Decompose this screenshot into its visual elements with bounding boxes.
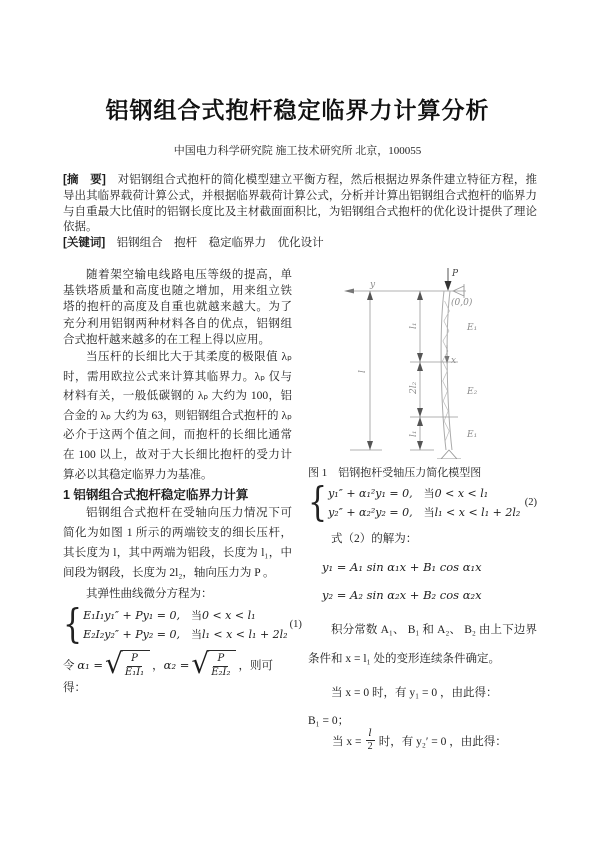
modulus-bottom-label: E₁	[466, 430, 477, 440]
origin-label: (0,0)	[451, 297, 473, 308]
keywords-text: 铝钢组合 抱杆 稳定临界力 优化设计	[117, 237, 324, 249]
modulus-top-label: E₁	[466, 323, 477, 333]
sqrt-alpha-1: √PE₁I₁	[105, 650, 150, 679]
fraction-l-over-2: l2	[366, 728, 375, 753]
constants-paragraph: 积分常数 A₁、 B₁ 和 A₂、 B₂ 由上下边界条件和 x = l₁ 处的变…	[308, 616, 537, 674]
dimension-mid-label: 2l₂	[409, 381, 419, 395]
axis-x-label: x	[451, 356, 456, 366]
solution-y1: y₁ = A₁ sin α₁x + B₁ cos α₁x	[308, 560, 537, 574]
equation-1-line-2: E₂I₂y₂″ + Py₂ = 0, 当l₁ < x < l₁ + 2l₂	[83, 626, 288, 642]
intro-paragraph: 随着架空输电线路电压等级的提高，单基铁塔质量和高度也随之增加，用来组立铁塔的抱杆…	[63, 267, 292, 348]
paper-page: 铝钢组合式抱杆稳定临界力计算分析 中国电力科学研究院 施工技术研究所 北京，10…	[0, 0, 595, 842]
two-column-body: 随着架空输电线路电压等级的提高，单基铁塔质量和高度也随之增加，用来组立铁塔的抱杆…	[63, 267, 537, 753]
boundary-condition-2: 当 x = l2 时，有 y₂′ = 0 ，由此得：	[308, 728, 537, 753]
left-brace: {	[63, 601, 82, 648]
abstract-text: 对铝钢组合式抱杆的简化模型建立平衡方程，然后根据边界条件建立特征方程，推导出其临…	[63, 174, 537, 233]
solution-intro: 式（2）的解为：	[308, 530, 537, 546]
force-label: P	[451, 269, 459, 279]
sqrt-alpha-2: √PE₂I₂	[191, 650, 236, 679]
solution-y2: y₂ = A₂ sin α₂x + B₂ cos α₂x	[308, 588, 537, 602]
dimension-bottom-label: l₁	[409, 431, 419, 438]
equation-2-number: (2)	[525, 497, 537, 508]
paper-affiliation: 中国电力科学研究院 施工技术研究所 北京，100055	[0, 142, 595, 158]
modulus-mid-label: E₂	[466, 387, 478, 397]
figure-1: P y (0,0) x	[308, 267, 537, 480]
equation-2-line-1: y₁″ + α₁²y₁ = 0, 当0 < x < l₁	[328, 485, 523, 501]
alpha-definition-line: 令 α₁ = √PE₁I₁ ， α₂ = √PE₂I₂ ，则可	[63, 650, 292, 679]
right-column: P y (0,0) x	[308, 267, 537, 753]
dimension-total-label: l	[358, 370, 368, 373]
figure-1-drawing: P y (0,0) x	[320, 267, 526, 459]
figure-1-caption: 图 1 铝钢抱杆受轴压力简化模型图	[308, 464, 537, 480]
dimension-top-label: l₁	[409, 323, 419, 330]
axis-y-label: y	[369, 280, 376, 290]
equation-intro: 其弹性曲线微分方程为：	[63, 586, 292, 602]
result-b1: B₁ = 0；	[308, 712, 537, 728]
left-brace: {	[308, 479, 327, 526]
left-column: 随着架空输电线路电压等级的提高，单基铁塔质量和高度也随之增加，用来组立铁塔的抱杆…	[63, 267, 292, 753]
equation-1-line-1: E₁I₁y₁″ + Py₁ = 0, 当0 < x < l₁	[83, 607, 288, 623]
slenderness-paragraph: 当压杆的长细比大于其柔度的极限值 λₚ 时，需用欧拉公式来计算其临界力。λₚ 仅…	[63, 348, 292, 485]
keywords-paragraph: [关键词] 铝钢组合 抱杆 稳定临界力 优化设计	[63, 236, 537, 252]
abstract-label: [摘 要]	[63, 174, 106, 186]
paper-title: 铝钢组合式抱杆稳定临界力计算分析	[0, 92, 595, 125]
keywords-label: [关键词]	[63, 237, 105, 249]
front-matter: [摘 要] 对铝钢组合式抱杆的简化模型建立平衡方程，然后根据边界条件建立特征方程…	[63, 173, 537, 252]
equation-2-line-2: y₂″ + α₂²y₂ = 0, 当l₁ < x < l₁ + 2l₂	[328, 504, 523, 520]
abstract-paragraph: [摘 要] 对铝钢组合式抱杆的简化模型建立平衡方程，然后根据边界条件建立特征方程…	[63, 173, 537, 236]
equation-2: { y₁″ + α₁²y₁ = 0, 当0 < x < l₁ y₂″ + α₂²…	[308, 485, 537, 520]
alpha-definition-continuation: 得：	[63, 679, 292, 695]
equation-1-number: (1)	[290, 619, 302, 630]
boundary-condition-1: 当 x = 0 时，有 y₁ = 0 ，由此得：	[308, 684, 537, 700]
equation-1: { E₁I₁y₁″ + Py₁ = 0, 当0 < x < l₁ E₂I₂y₂″…	[63, 607, 292, 642]
model-paragraph: 铝钢组合式抱杆在受轴向压力情况下可简化为如图 1 所示的两端铰支的细长压杆，其长…	[63, 503, 292, 583]
section-1-heading: 1 铝钢组合式抱杆稳定临界力计算	[63, 485, 292, 503]
